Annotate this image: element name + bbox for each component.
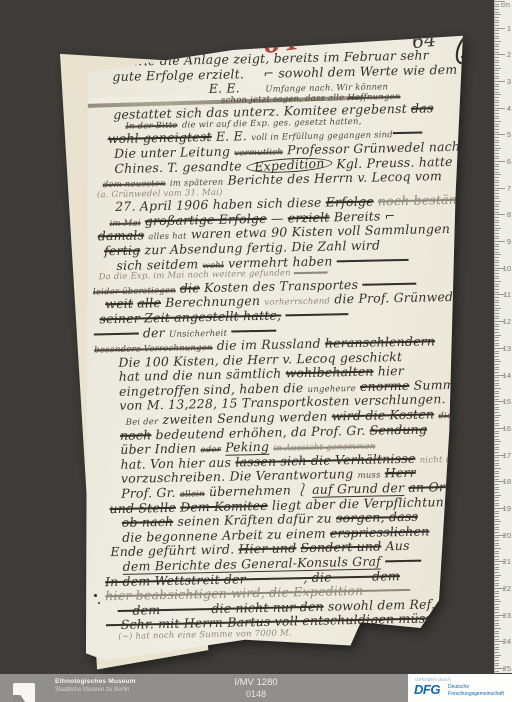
ruler-tick [495,441,501,442]
handwritten-text: Summe [409,377,462,393]
ruler-tick [495,537,499,538]
ruler-tick [495,532,499,533]
ruler-tick [495,663,499,664]
ruler-tick [495,233,499,234]
ruler-tick [495,407,499,408]
ruler-tick [495,60,499,61]
struck-text: ~~~~~ [94,325,139,341]
ruler-tick [495,345,499,346]
ruler-tick [495,244,499,245]
ruler-tick [495,316,499,317]
ruler-tick [495,156,499,157]
ruler-tick [495,524,499,525]
ruler-tick [495,33,499,34]
ruler-tick [495,86,499,87]
ruler-tick [495,196,499,197]
ruler-tick [495,262,499,263]
ruler-tick [495,25,499,26]
ruler-tick [495,300,499,301]
ruler-tick [495,649,499,650]
handwritten-text: hier [373,363,404,379]
ruler-tick [495,452,499,453]
ruler-tick [495,633,499,634]
struck-text: das [411,101,434,116]
ruler-tick [495,479,499,480]
ruler-tick [495,28,505,29]
ruler-tick [495,351,499,352]
ruler-tick [495,575,501,576]
struck-text: ~~~~~ [231,322,276,338]
ruler-tick [495,17,499,18]
ruler-tick [495,310,499,311]
ruler-tick [495,230,499,231]
ruler-tick [495,431,499,432]
ruler-number: 22 [503,584,511,593]
ruler-tick [495,607,499,608]
ruler-tick [495,361,501,362]
ruler-tick [495,449,499,450]
ruler-tick [495,318,499,319]
ruler-tick [495,108,505,109]
ruler-tick [495,551,499,552]
ruler-unit-label: cm [501,2,510,9]
ruler-tick [495,519,499,520]
struck-text: Erfolge [326,194,374,210]
ruler-tick [495,604,499,605]
ruler-tick [495,204,499,205]
ruler-number: 15 [503,397,511,406]
ruler-tick [495,505,499,506]
ruler-tick [495,599,499,600]
ruler-tick [495,105,499,106]
ruler-tick [495,436,499,437]
ruler-tick [495,636,499,637]
ruler-tick [495,415,501,416]
ruler-tick [495,174,501,175]
ruler-tick [495,54,505,55]
ruler-tick [495,612,499,613]
ruler-tick [495,412,499,413]
ruler-tick [495,246,499,247]
ruler-tick [495,94,501,95]
ruler-tick [495,97,499,98]
ruler-tick [495,492,499,493]
ruler-tick [495,305,499,306]
handwritten-text: — [267,210,288,225]
ruler-tick [495,609,499,610]
ruler-tick [495,516,499,517]
ruler-tick [495,14,501,15]
ruler-tick [495,572,499,573]
dfg-abbr: DFG [414,682,440,697]
struck-text: fertig [104,242,141,258]
ruler-tick [495,281,501,282]
struck-text: ~~~~ [385,553,421,569]
struck-text: ~~~~~~ [362,275,416,291]
ruler-tick [495,559,499,560]
ruler-tick [495,545,499,546]
ruler-tick [495,20,499,21]
handwritten-text: E. E. [212,128,252,144]
ruler-tick [495,169,499,170]
ruler-tick [495,30,499,31]
ruler-tick [495,337,499,338]
ruler-tick [495,596,499,597]
ruler-tick [495,100,499,101]
struck-text: enorme [360,378,410,394]
ruler-tick [495,404,499,405]
ruler-tick [495,343,499,344]
ruler-tick [495,110,499,111]
ruler-tick [495,332,499,333]
ruler-tick [495,38,499,39]
ruler-tick [495,118,499,119]
ruler-tick [495,102,499,103]
ruler-tick [495,4,499,5]
ruler-tick [495,185,499,186]
footer-bar: Ethnologisches Museum Staatliche Museen … [0,674,512,702]
dfg-name: Deutsche Forschungsgemeinschaft [448,684,508,697]
ink-spot [94,594,97,597]
struck-text: weit [105,296,133,312]
ruler-tick [495,577,499,578]
ruler-tick [495,335,501,336]
ruler-tick [495,225,499,226]
ruler-tick [495,359,499,360]
ruler-tick [495,372,499,373]
ruler-tick [495,476,499,477]
ruler-tick [495,567,499,568]
ruler-tick [495,527,499,528]
ruler-tick [495,593,499,594]
ruler-tick [495,425,499,426]
ruler-tick [495,671,499,672]
struck-text: noch [120,427,152,443]
ruler-tick [495,62,499,63]
ruler-tick [495,121,501,122]
ruler-tick [495,399,499,400]
ruler-tick [495,113,499,114]
ruler-tick [495,628,501,629]
ruler-tick [495,236,499,237]
ruler-tick [495,423,499,424]
ruler-tick [495,521,501,522]
ruler-number: 6 [507,157,511,166]
ruler-number: 7 [507,184,511,193]
struck-text: ~~~~~~~ [285,306,348,322]
struck-text: noch beständig gesteigert [378,190,512,209]
struck-text: Sendung [369,421,427,437]
ruler-number: 16 [503,424,511,433]
ruler-tick [495,631,499,632]
ruler-tick [495,463,499,464]
ruler-tick [495,292,499,293]
ruler-tick [495,639,499,640]
ruler-tick [495,70,499,71]
struck-text: ob nach [122,514,174,530]
ruler-tick [495,201,501,202]
ruler-tick [495,220,499,221]
ruler-tick [495,625,499,626]
ruler-tick [495,511,499,512]
ruler-tick [495,564,499,565]
ruler-tick [495,391,499,392]
ruler-tick [495,465,499,466]
ruler-number: 10 [503,264,511,273]
ruler-tick [495,513,499,514]
ruler-number: 18 [503,477,511,486]
ruler-number: 5 [507,130,511,139]
ruler-tick [495,81,505,82]
ruler-tick [495,254,501,255]
ruler-tick [495,153,499,154]
ruler-tick [495,265,499,266]
scan-stage: 64 64 ⌐ wie die Anlage zeigt, bereits im… [0,0,512,702]
ruler-tick [495,447,499,448]
ruler-tick [495,36,499,37]
ruler-tick [495,457,499,458]
ruler-tick [495,364,499,365]
ruler-tick [495,308,501,309]
ruler-tick [495,393,499,394]
ruler-tick [495,46,499,47]
ruler-tick [495,166,499,167]
ruler-tick [495,140,499,141]
ruler-tick [495,569,499,570]
ruler-number: 9 [507,237,511,246]
ruler-tick [495,471,499,472]
ruler-tick [495,302,499,303]
ruler-tick [495,148,501,149]
ruler-tick [495,417,499,418]
ruler-tick [495,444,499,445]
ruler-tick [495,193,499,194]
ruler-number: 12 [503,317,511,326]
ruler-tick [495,396,499,397]
ruler-tick [495,297,499,298]
ruler-tick [495,257,499,258]
ruler-tick [495,124,499,125]
ruler-tick [495,78,499,79]
ruler-tick [495,89,499,90]
ruler-tick [495,222,499,223]
ruler-tick [495,617,499,618]
ruler-tick [495,652,499,653]
struck-text: vermutlich [234,147,283,158]
ruler-tick [495,68,501,69]
ruler-tick [495,326,499,327]
ruler-tick [495,655,501,656]
cm-ruler: cm 1234567891011121314151617181920212223… [494,0,512,673]
struck-text: an Ort [408,479,450,495]
ruler-tick [495,495,501,496]
ruler-tick [495,164,499,165]
ruler-tick [495,73,499,74]
ruler-tick [495,177,499,178]
ruler-tick [495,369,499,370]
ruler-tick [495,260,499,261]
ruler-tick [495,126,499,127]
ruler-tick [495,49,499,50]
ruler-tick [495,6,499,7]
ruler-tick [495,660,499,661]
ruler-tick [495,289,499,290]
ruler-tick [495,324,499,325]
ruler-tick [495,188,505,189]
ruler-tick [495,548,501,549]
ruler-tick [495,278,499,279]
ruler-tick [495,214,505,215]
ruler-tick [495,9,499,10]
ruler-tick [495,644,499,645]
ruler-tick [495,132,499,133]
handwritten-text: Aus [381,538,410,554]
struck-text: die Kisten [438,410,483,421]
ruler-tick [495,665,499,666]
ruler-tick [495,329,499,330]
struck-text: damals [98,228,145,244]
ruler-tick [495,12,499,13]
ruler-tick [495,468,501,469]
ruler-tick [495,65,499,66]
ruler-tick [495,57,499,58]
ruler-tick [495,158,499,159]
ruler-number: 17 [503,451,511,460]
ruler-tick [495,252,499,253]
ruler-tick [495,356,499,357]
ruler-tick [495,217,499,218]
manuscript-page: 64 64 ⌐ wie die Anlage zeigt, bereits im… [60,28,472,676]
ruler-tick [495,420,499,421]
ruler-tick [495,647,499,648]
ruler-tick [495,182,499,183]
struck-text: heranschlendern [325,333,436,350]
ruler-tick [495,116,499,117]
ink-spot [98,602,100,604]
ruler-tick [495,276,499,277]
struck-text: die [180,280,200,295]
ruler-tick [495,383,499,384]
ruler-tick [495,249,499,250]
ruler-tick [495,1,505,2]
handwritten-text-block: ⌐ wie die Anlage zeigt, bereits im Febru… [112,47,496,642]
ruler-tick [495,620,499,621]
ruler-tick [495,353,499,354]
struck-text: ~~~ [393,125,423,141]
ruler-tick [495,41,501,42]
ruler-tick [495,540,499,541]
ruler-tick [495,161,505,162]
ruler-number: 3 [507,77,511,86]
ruler-tick [495,487,499,488]
ruler-tick [495,313,499,314]
ruler-number: 24 [503,637,511,646]
ruler-tick [495,137,499,138]
margin-pencil-note: 17B200 [458,128,476,170]
ruler-tick [495,601,501,602]
ruler-number: 2 [507,50,511,59]
ruler-tick [495,460,499,461]
struck-text: alle [137,295,161,310]
ruler-tick [495,84,499,85]
ruler-tick [495,76,499,77]
ruler-tick [495,198,499,199]
struck-text: ~~~~~~~~ [337,251,409,268]
ruler-number: 4 [507,104,511,113]
ruler-tick [495,340,499,341]
ruler-tick [495,497,499,498]
ruler-tick [495,409,499,410]
manuscript-sheet: 64 64 ⌐ wie die Anlage zeigt, bereits im… [60,28,472,676]
ruler-tick [495,484,499,485]
ruler-tick [495,150,499,151]
ruler-tick [495,580,499,581]
ruler-number: 13 [503,344,511,353]
ruler-number: 21 [503,557,511,566]
ruler-tick [495,591,499,592]
ruler-tick [495,238,499,239]
ruler-tick [495,583,499,584]
ruler-tick [495,134,505,135]
handwritten-text: nicht übersehen [420,454,493,466]
ruler-tick [495,228,501,229]
ruler-tick [495,623,499,624]
ruler-tick [495,44,499,45]
handwritten-text: die Prof. Grünwedel [330,289,465,307]
struck-text: erzielt [288,209,330,225]
ruler-tick [495,377,499,378]
ruler-tick [495,273,499,274]
ruler-tick [495,556,499,557]
ruler-number: 23 [503,611,511,620]
ruler-tick [495,503,499,504]
ruler-tick [495,52,499,53]
ruler-number: 19 [503,504,511,513]
ruler-tick [495,129,499,130]
ruler-tick [495,388,501,389]
ruler-tick [495,433,499,434]
ruler-tick [495,209,499,210]
ruler-tick [495,241,505,242]
ruler-tick [495,180,499,181]
ruler-number: 20 [503,531,511,540]
margin-pencil-note: 6387 [452,561,464,589]
ruler-tick [495,489,499,490]
ruler-number: 25 [503,664,511,673]
ruler-tick [495,190,499,191]
handwritten-text: der [139,324,170,340]
ruler-tick [495,212,499,213]
ruler-tick [495,206,499,207]
ruler-tick [495,385,499,386]
ruler-tick [495,367,499,368]
ruler-tick [495,22,499,23]
struck-text: erspriesslichen [330,523,430,540]
struck-text: Herr [385,465,416,481]
ruler-tick [495,529,499,530]
ruler-tick [495,657,499,658]
ruler-number: 1 [507,24,511,33]
ruler-tick [495,543,499,544]
ruler-tick [495,270,499,271]
ruler-number: 8 [507,210,511,219]
ruler-tick [495,553,499,554]
ruler-tick [495,585,499,586]
ruler-tick [495,172,499,173]
ruler-tick [495,284,499,285]
ruler-tick [495,473,499,474]
ruler-number: 14 [503,371,511,380]
